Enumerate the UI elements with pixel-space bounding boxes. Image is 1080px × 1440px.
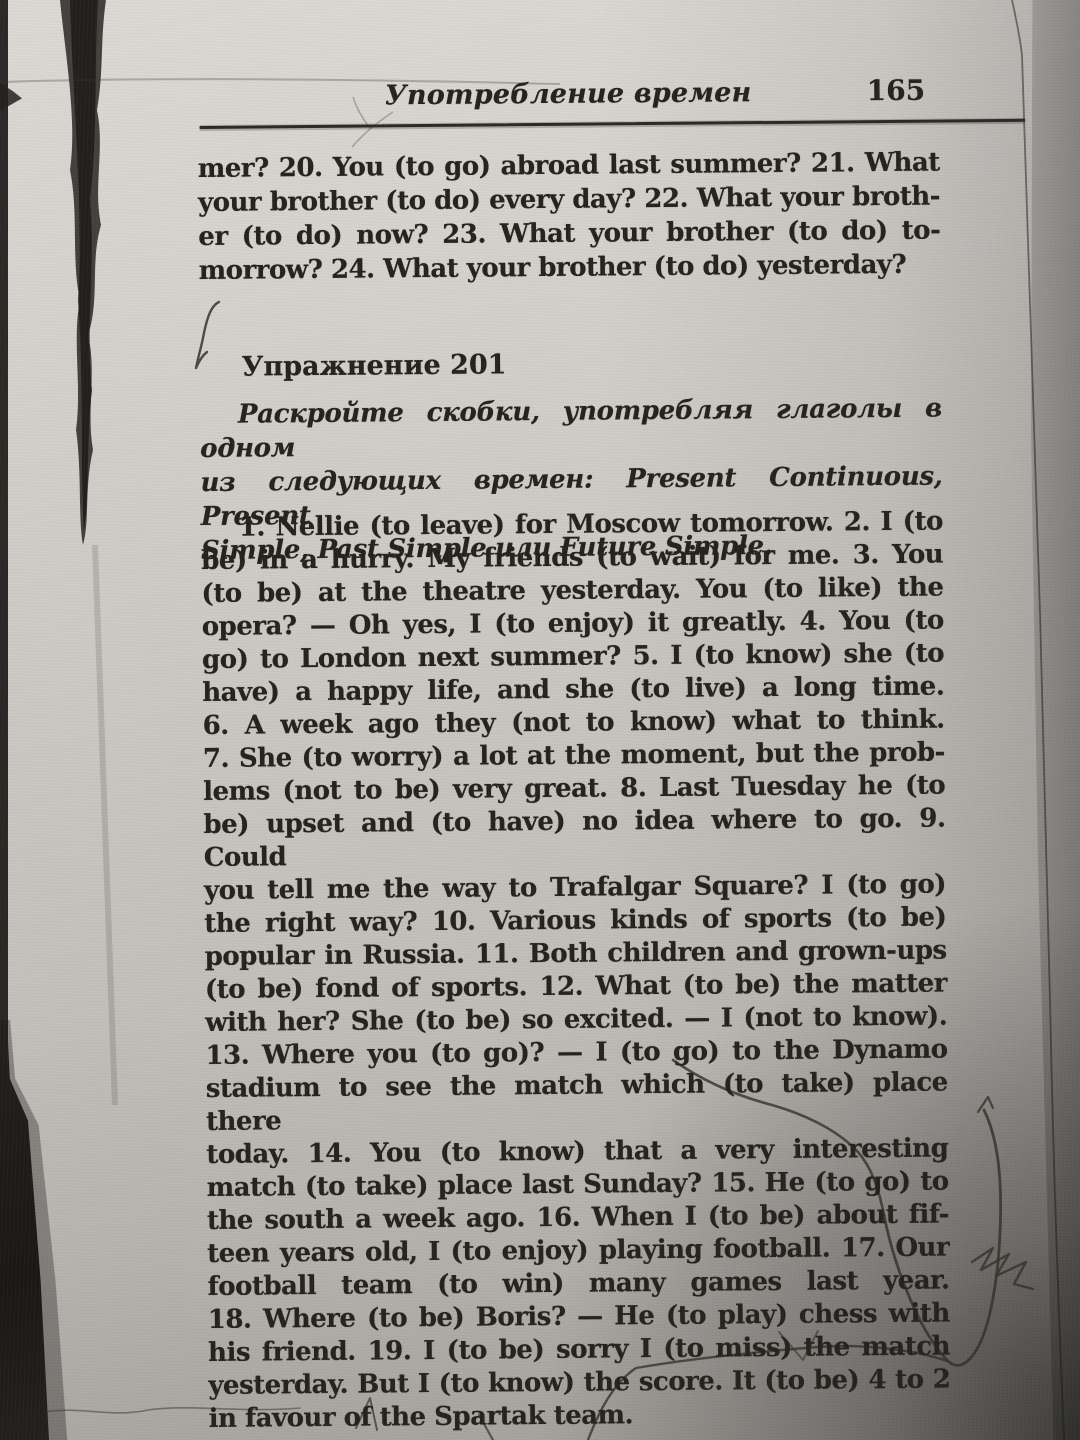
- running-title: Употребление времен: [197, 76, 939, 113]
- torn-paper-streak: [60, 0, 106, 545]
- text-line: yesterday. But I (to know) the score. It…: [208, 1363, 950, 1402]
- torn-edge-notch: [0, 83, 22, 111]
- pen-small-tick-right: [978, 1097, 993, 1112]
- text-line: stadium to see the match which (to take)…: [206, 1066, 949, 1138]
- text-line: in favour of the Spartak team.: [209, 1396, 951, 1435]
- header-rule: [199, 119, 1025, 129]
- page-left-dark-edge: [0, 0, 8, 1100]
- text-line: morrow? 24. What your brother (to do) ye…: [199, 248, 941, 288]
- book-page-photo: Употребление времен 165 mer? 20. You (to…: [0, 0, 1080, 1440]
- binding-gutter-shadow: [1010, 0, 1080, 1440]
- previous-exercise-tail-paragraph: mer? 20. You (to go) abroad last summer?…: [198, 146, 941, 288]
- printed-text-block: Употребление времен 165 mer? 20. You (to…: [197, 76, 939, 82]
- torn-paper-streak-core: [70, 0, 98, 530]
- page-number: 165: [867, 74, 926, 108]
- pen-tick-left-of-title: [196, 302, 219, 368]
- instruction-line: Раскройте скобки, употребляя глаголы в о…: [200, 392, 943, 466]
- exercise-title: Упражнение 201: [241, 349, 506, 382]
- exercise-body-paragraph: 1. Nellie (to leave) for Moscow tomorrow…: [201, 506, 951, 1436]
- text-line: be) upset and (to have) no idea where to…: [203, 802, 946, 874]
- page-edge-shading: [95, 545, 115, 1105]
- pen-jagged-cluster: [972, 1248, 1033, 1289]
